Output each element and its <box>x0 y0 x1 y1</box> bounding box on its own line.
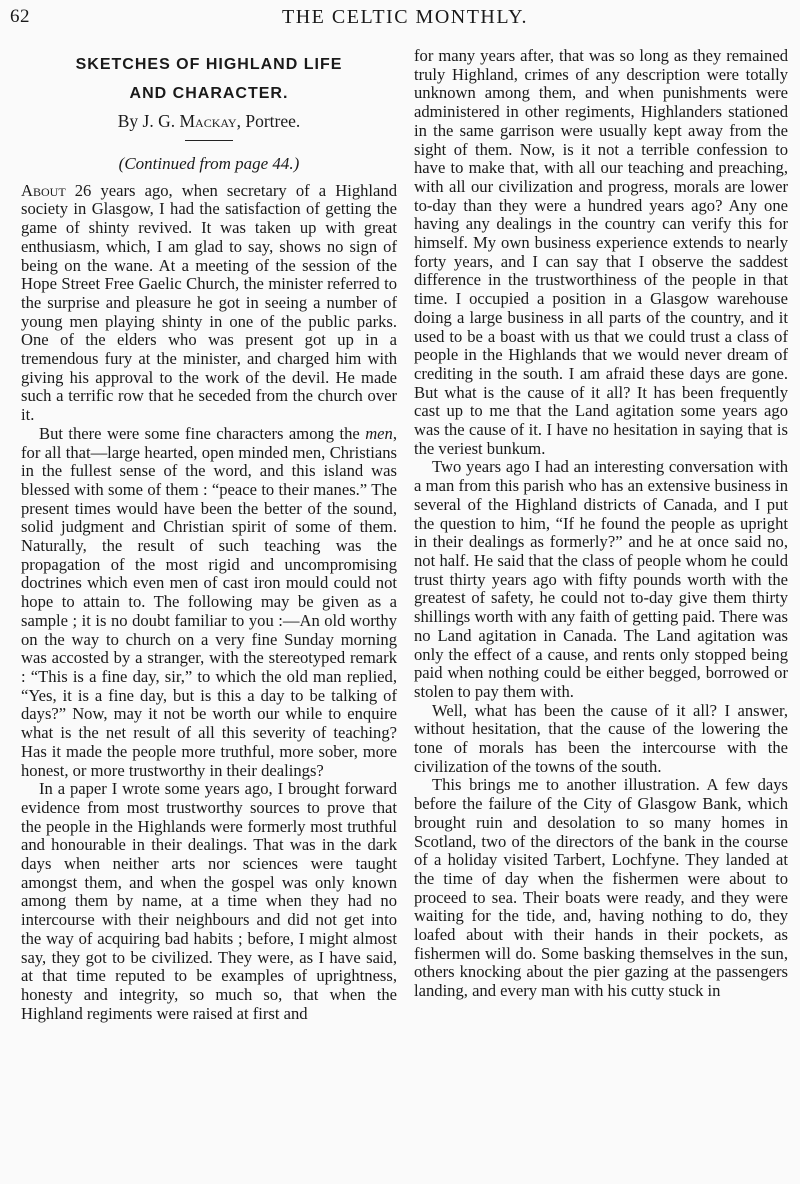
byline-suffix: , Portree. <box>237 111 301 131</box>
byline-author: Mackay <box>179 111 236 131</box>
continued-note: (Continued from page 44.) <box>21 155 397 174</box>
paragraph-lead-word: About <box>21 181 66 200</box>
paragraph-2-text-a: But there were some fine characters amon… <box>39 424 365 443</box>
paragraph-4: Two years ago I had an interesting conve… <box>414 458 788 701</box>
paragraph-2-text-b: , for all that—large hearted, open minde… <box>21 424 397 780</box>
paragraph-3-continued: for many years after, that was so long a… <box>414 47 788 458</box>
byline: By J. G. Mackay, Portree. <box>21 110 397 132</box>
running-head: THE CELTIC MONTHLY. <box>0 6 800 29</box>
separator-rule <box>185 140 233 141</box>
paragraph-3: In a paper I wrote some years ago, I bro… <box>21 780 397 1023</box>
paragraph-2-emphasis: men <box>365 424 393 443</box>
article-title-line2: AND CHARACTER. <box>21 79 397 108</box>
paragraph-1: About 26 years ago, when secretary of a … <box>21 182 397 425</box>
byline-prefix: By J. G. <box>118 111 180 131</box>
left-column: SKETCHES OF HIGHLAND LIFE AND CHARACTER.… <box>21 50 397 1023</box>
paragraph-6: This brings me to another illustration. … <box>414 776 788 1000</box>
paragraph-2: But there were some fine characters amon… <box>21 425 397 780</box>
article-title-line1: SKETCHES OF HIGHLAND LIFE <box>21 50 397 79</box>
right-column: for many years after, that was so long a… <box>414 47 788 1001</box>
paragraph-1-text: 26 years ago, when secretary of a Highla… <box>21 181 397 424</box>
paragraph-5: Well, what has been the cause of it all?… <box>414 702 788 777</box>
